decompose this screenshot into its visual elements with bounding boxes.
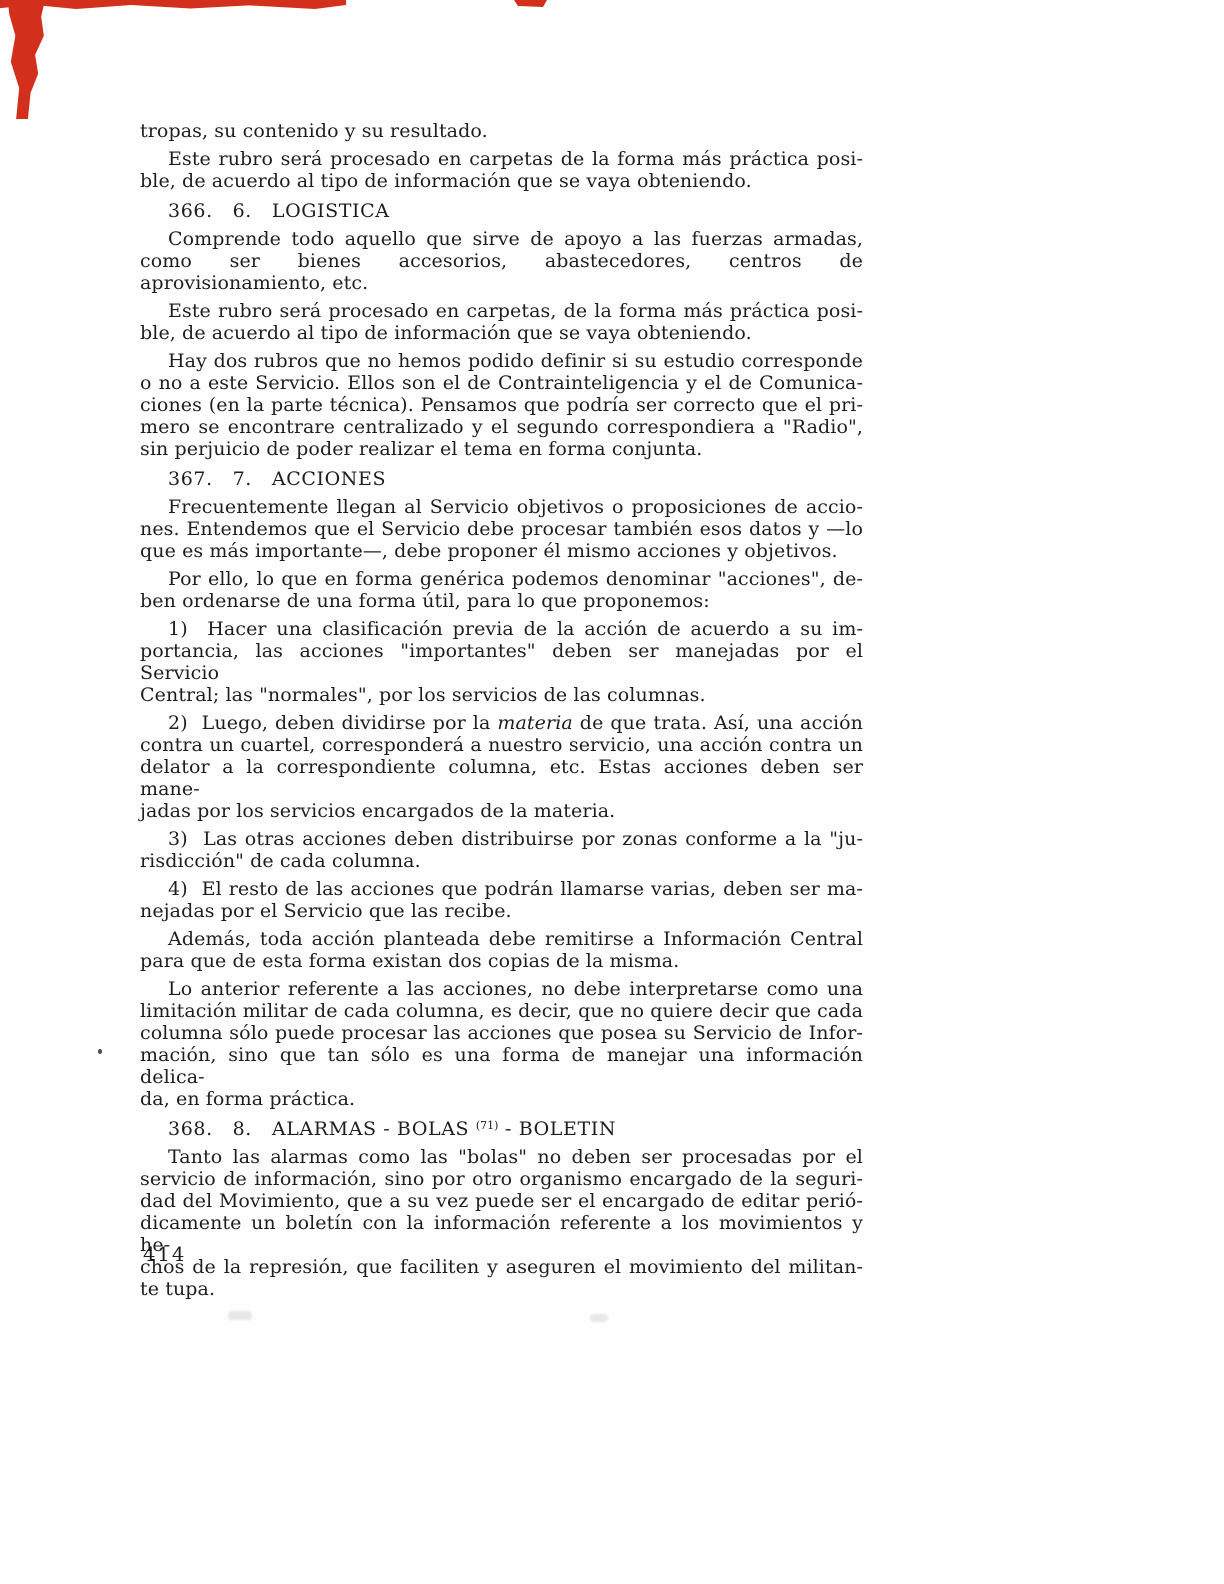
text-line: o no a este Servicio. Ellos son el de Co… <box>140 372 863 394</box>
text-line: jadas por los servicios encargados de la… <box>140 800 863 822</box>
paragraph: Comprende todo aquello que sirve de apoy… <box>140 228 863 294</box>
paragraph: tropas, su contenido y su resultado. <box>140 120 863 142</box>
paragraph: Lo anterior referente a las acciones, no… <box>140 978 863 1110</box>
text-line: servicio de información, sino por otro o… <box>140 1168 863 1190</box>
italic-text: materia <box>497 712 572 734</box>
text-line: nes. Entendemos que el Servicio debe pro… <box>140 518 863 540</box>
text-line: mación, sino que tan sólo es una forma d… <box>140 1044 863 1088</box>
text-line: nejadas por el Servicio que las recibe. <box>140 900 863 922</box>
document-page: tropas, su contenido y su resultado.Este… <box>0 0 1224 1584</box>
paragraph: 4) El resto de las acciones que podrán l… <box>140 878 863 922</box>
text-line: para que de esta forma existan dos copia… <box>140 950 863 972</box>
paragraph: 3) Las otras acciones deben distribuirse… <box>140 828 863 872</box>
text-line: te tupa. <box>140 1278 863 1300</box>
section-heading: 367. 7. ACCIONES <box>140 468 863 490</box>
paragraph: 1) Hacer una clasificación previa de la … <box>140 618 863 706</box>
text-line: mero se encontrare centralizado y el seg… <box>140 416 863 438</box>
text-line: 368. 8. ALARMAS - BOLAS (71) - BOLETIN <box>140 1118 863 1140</box>
text-line: Este rubro será procesado en carpetas de… <box>140 148 863 170</box>
scan-red-edge-fragment <box>514 0 547 7</box>
text-line: ben ordenarse de una forma útil, para lo… <box>140 590 863 612</box>
text-line: columna sólo puede procesar las acciones… <box>140 1022 863 1044</box>
text-line: Tanto las alarmas como las "bolas" no de… <box>140 1146 863 1168</box>
text-line: 1) Hacer una clasificación previa de la … <box>140 618 863 640</box>
text-line: ble, de acuerdo al tipo de información q… <box>140 170 863 192</box>
text-line: portancia, las acciones "importantes" de… <box>140 640 863 684</box>
text-line: Lo anterior referente a las acciones, no… <box>140 978 863 1000</box>
text-line: 366. 6. LOGISTICA <box>140 200 863 222</box>
text-line: Comprende todo aquello que sirve de apoy… <box>140 228 863 250</box>
paragraph: Además, toda acción planteada debe remit… <box>140 928 863 972</box>
scan-smudge <box>228 1311 252 1320</box>
scan-red-edge-left <box>7 0 45 119</box>
page-number: 414 <box>143 1243 186 1266</box>
paragraph: Frecuentemente llegan al Servicio objeti… <box>140 496 863 562</box>
paragraph: Este rubro será procesado en carpetas, d… <box>140 300 863 344</box>
scan-red-edge-top <box>0 0 346 9</box>
text-line: ble, de acuerdo al tipo de información q… <box>140 322 863 344</box>
text-line: tropas, su contenido y su resultado. <box>140 120 863 142</box>
paragraph: Hay dos rubros que no hemos podido defin… <box>140 350 863 460</box>
text-line: chos de la represión, que faciliten y as… <box>140 1256 863 1278</box>
section-heading: 366. 6. LOGISTICA <box>140 200 863 222</box>
footnote-marker: (71) <box>476 1119 499 1132</box>
text-line: dad del Movimiento, que a su vez puede s… <box>140 1190 863 1212</box>
paragraph: Por ello, lo que en forma genérica podem… <box>140 568 863 612</box>
paragraph: 2) Luego, deben dividirse por la materia… <box>140 712 863 822</box>
text-line: limitación militar de cada columna, es d… <box>140 1000 863 1022</box>
paragraph: Este rubro será procesado en carpetas de… <box>140 148 863 192</box>
section-heading: 368. 8. ALARMAS - BOLAS (71) - BOLETIN <box>140 1118 863 1140</box>
text-line: dicamente un boletín con la información … <box>140 1212 863 1256</box>
text-line: sin perjuicio de poder realizar el tema … <box>140 438 863 460</box>
text-line: risdicción" de cada columna. <box>140 850 863 872</box>
text-line: Además, toda acción planteada debe remit… <box>140 928 863 950</box>
text-line: 2) Luego, deben dividirse por la materia… <box>140 712 863 734</box>
scan-smudge <box>590 1314 608 1322</box>
text-line: 367. 7. ACCIONES <box>140 468 863 490</box>
text-line: ciones (en la parte técnica). Pensamos q… <box>140 394 863 416</box>
text-line: Por ello, lo que en forma genérica podem… <box>140 568 863 590</box>
text-line: 4) El resto de las acciones que podrán l… <box>140 878 863 900</box>
text-line: que es más importante—, debe proponer él… <box>140 540 863 562</box>
text-line: Hay dos rubros que no hemos podido defin… <box>140 350 863 372</box>
text-line: como ser bienes accesorios, abastecedore… <box>140 250 863 294</box>
text-line: 3) Las otras acciones deben distribuirse… <box>140 828 863 850</box>
text-line: contra un cuartel, corresponderá a nuest… <box>140 734 863 756</box>
text-line: Este rubro será procesado en carpetas, d… <box>140 300 863 322</box>
paragraph: Tanto las alarmas como las "bolas" no de… <box>140 1146 863 1300</box>
page-text: tropas, su contenido y su resultado.Este… <box>140 120 863 1306</box>
ink-speck <box>98 1049 102 1054</box>
text-line: da, en forma práctica. <box>140 1088 863 1110</box>
text-line: Frecuentemente llegan al Servicio objeti… <box>140 496 863 518</box>
text-line: Central; las "normales", por los servici… <box>140 684 863 706</box>
text-line: delator a la correspondiente columna, et… <box>140 756 863 800</box>
